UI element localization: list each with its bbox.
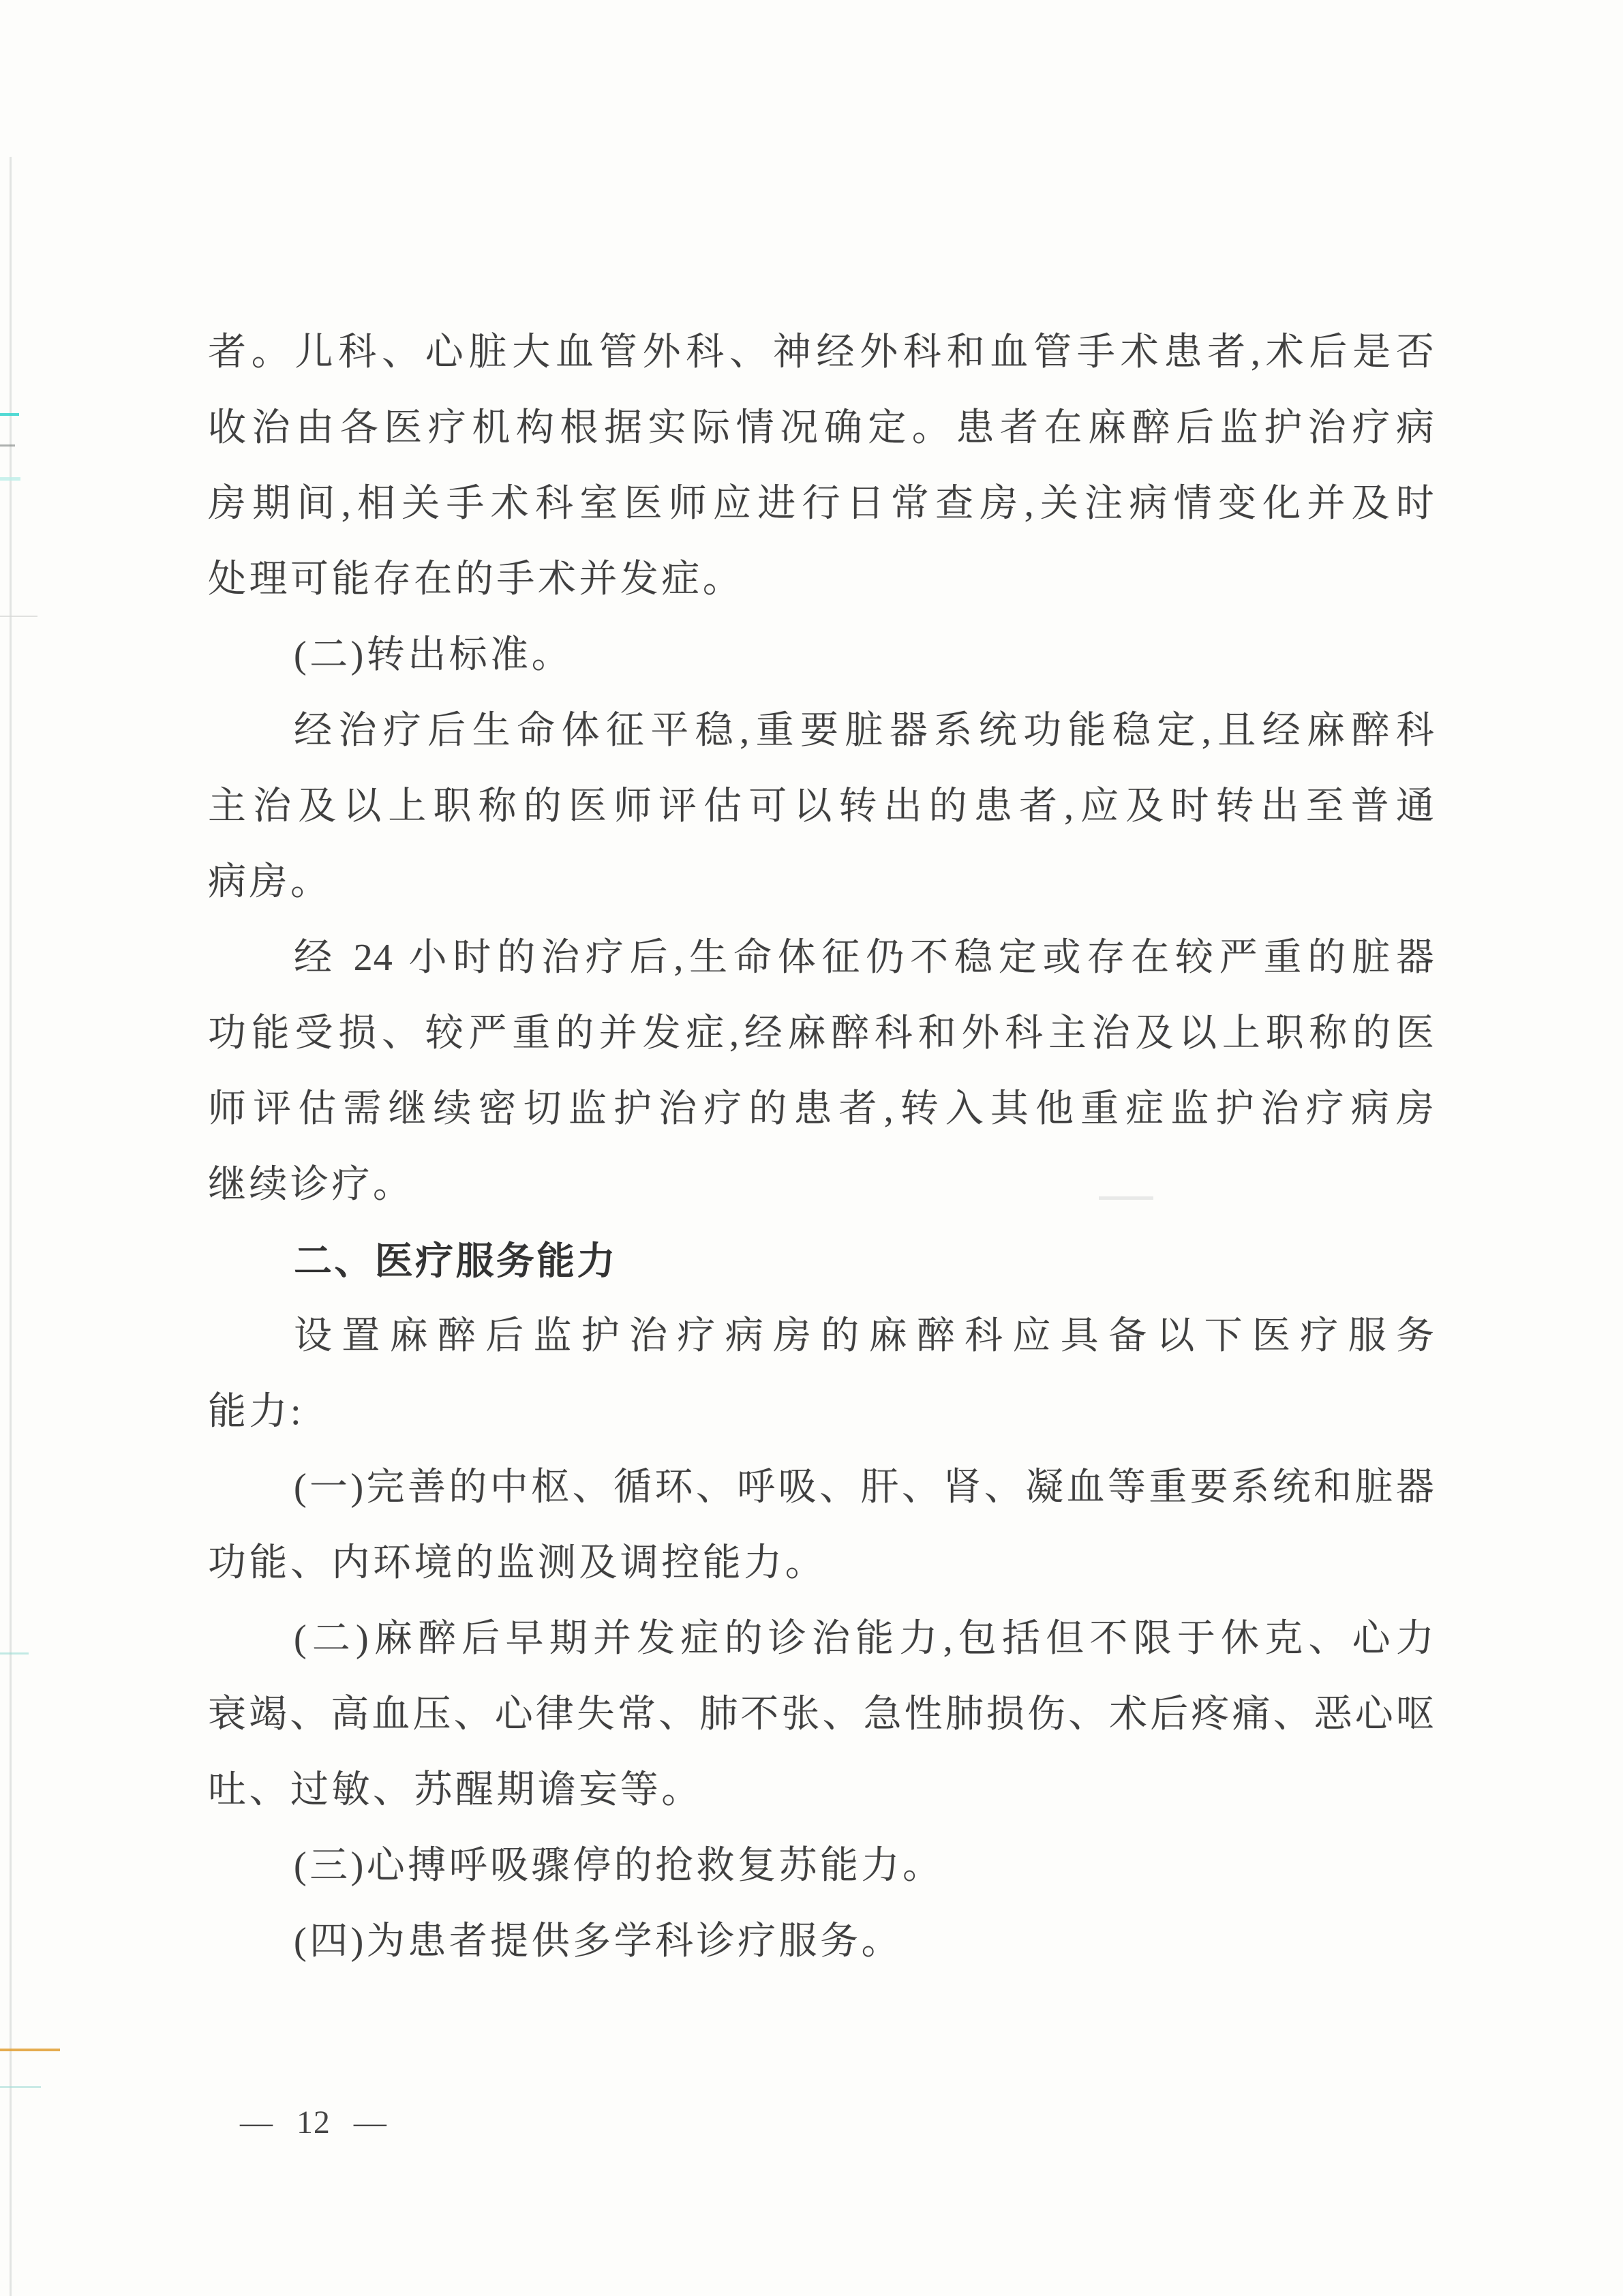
scan-mark-teal — [0, 477, 20, 481]
text-line: 经 24 小时的治疗后,生命体征仍不稳定或存在较严重的脏器 — [208, 920, 1435, 996]
scan-mark-teal-3 — [0, 2086, 41, 2088]
text-line: 者。儿科、心脏大血管外科、神经外科和血管手术患者,术后是否 — [208, 315, 1435, 391]
footer-dash-left: — — [240, 2104, 273, 2141]
text-line: (三)心搏呼吸骤停的抢救复苏能力。 — [208, 1828, 1435, 1904]
text-line: 能力: — [208, 1374, 1435, 1450]
text-line: 房期间,相关手术科室医师应进行日常查房,关注病情变化并及时 — [208, 466, 1435, 542]
text-line: 继续诊疗。 — [208, 1147, 1435, 1223]
text-line: 设置麻醉后监护治疗病房的麻醉科应具备以下医疗服务 — [208, 1299, 1435, 1374]
text-line: (一)完善的中枢、循环、呼吸、肝、肾、凝血等重要系统和脏器 — [208, 1450, 1435, 1526]
scan-mark-gray-2 — [0, 616, 37, 617]
text-line: 师评估需继续密切监护治疗的患者,转入其他重症监护治疗病房 — [208, 1072, 1435, 1147]
text-line: 功能受损、较严重的并发症,经麻醉科和外科主治及以上职称的医 — [208, 996, 1435, 1072]
text-line: 收治由各医疗机构根据实际情况确定。患者在麻醉后监护治疗病 — [208, 391, 1435, 466]
scan-mark-gray — [0, 444, 15, 447]
page-footer: — 12 — — [240, 2104, 387, 2141]
footer-dash-right: — — [354, 2104, 387, 2141]
document-page: 者。儿科、心脏大血管外科、神经外科和血管手术患者,术后是否收治由各医疗机构根据实… — [0, 0, 1623, 2296]
text-line: 处理可能存在的手术并发症。 — [208, 542, 1435, 618]
text-line: 经治疗后生命体征平稳,重要脏器系统功能稳定,且经麻醉科 — [208, 693, 1435, 769]
text-line: 病房。 — [208, 845, 1435, 920]
text-line: 衰竭、高血压、心律失常、肺不张、急性肺损伤、术后疼痛、恶心呕 — [208, 1677, 1435, 1753]
text-line: (二)麻醉后早期并发症的诊治能力,包括但不限于休克、心力 — [208, 1601, 1435, 1677]
text-line: 功能、内环境的监测及调控能力。 — [208, 1526, 1435, 1601]
body-text: 者。儿科、心脏大血管外科、神经外科和血管手术患者,术后是否收治由各医疗机构根据实… — [208, 315, 1435, 1980]
section-heading: 二、医疗服务能力 — [208, 1223, 1435, 1299]
scan-edge-line — [10, 157, 12, 2296]
text-line: 主治及以上职称的医师评估可以转出的患者,应及时转出至普通 — [208, 769, 1435, 845]
page-number: 12 — [297, 2104, 331, 2141]
text-line: (四)为患者提供多学科诊疗服务。 — [208, 1904, 1435, 1980]
scan-mark-cyan — [0, 413, 19, 416]
text-line: 吐、过敏、苏醒期谵妄等。 — [208, 1753, 1435, 1828]
scan-mark-teal-2 — [0, 1652, 29, 1655]
scan-mark-orange — [0, 2049, 60, 2051]
text-line: (二)转出标准。 — [208, 618, 1435, 693]
